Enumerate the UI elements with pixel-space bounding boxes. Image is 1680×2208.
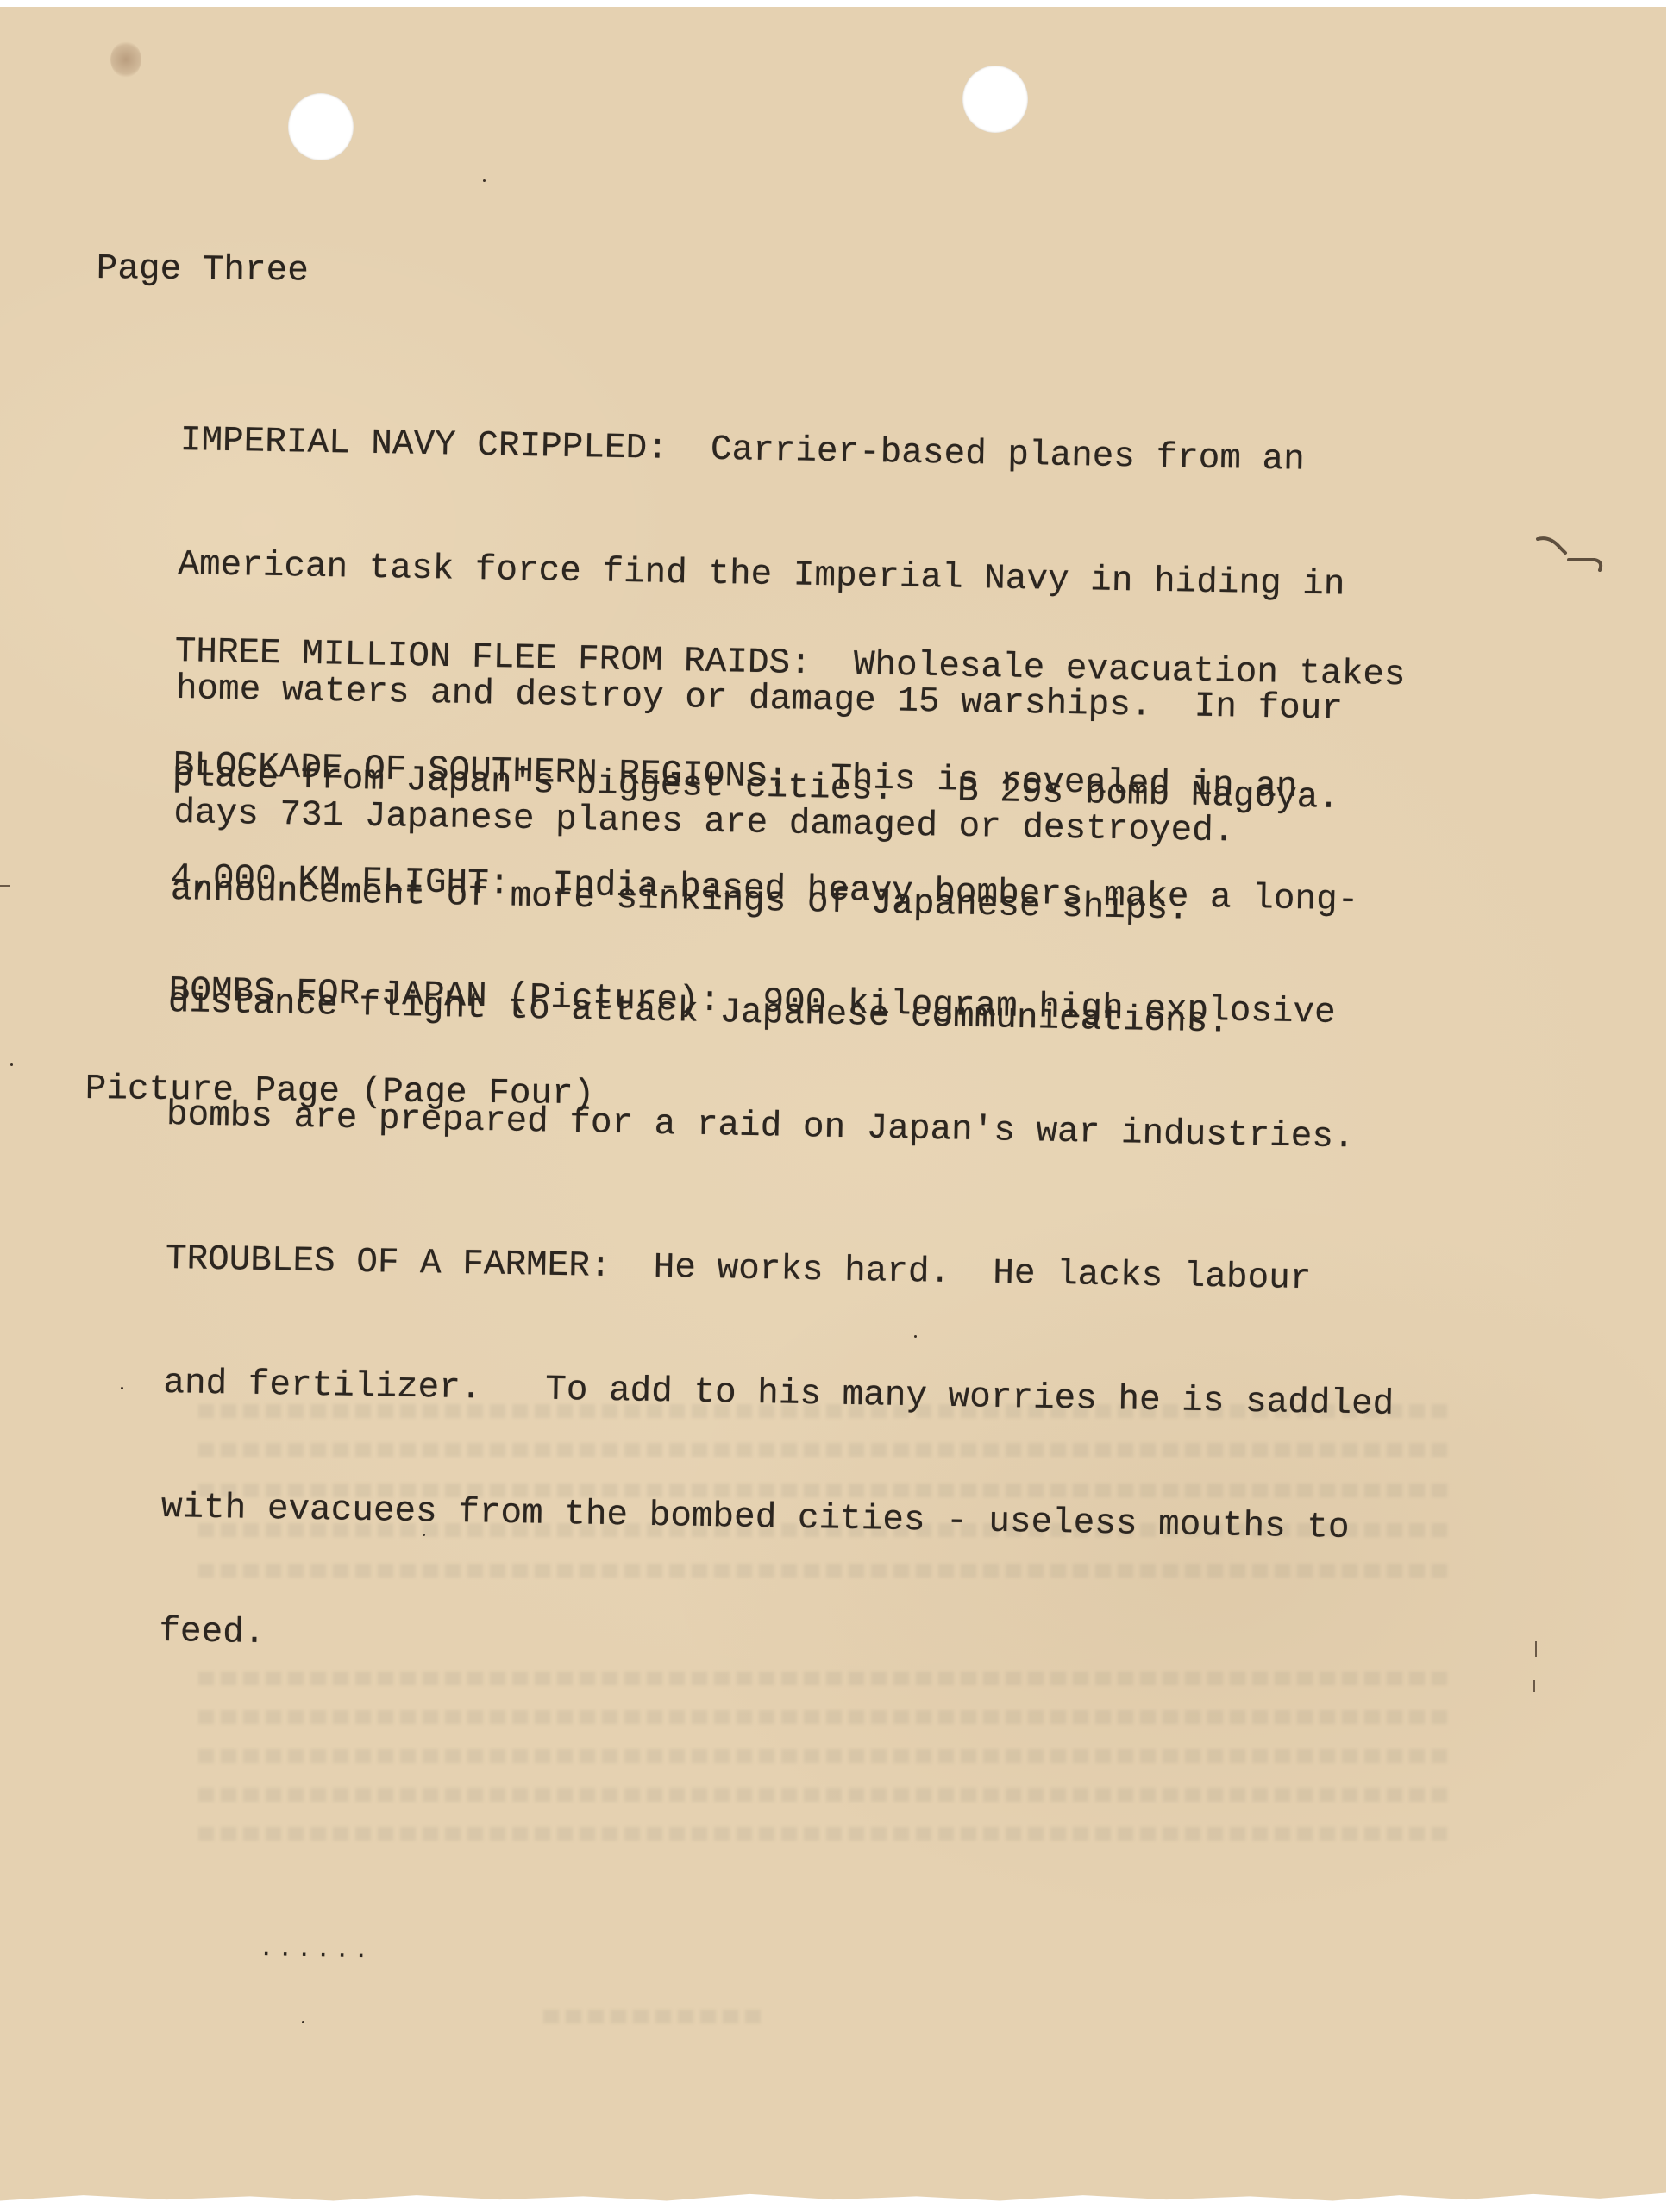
- bleed-through-text: [198, 1827, 1449, 1841]
- news-item-line: TROUBLES OF A FARMER: He works hard. He …: [165, 1239, 1396, 1302]
- news-item-bombs-for-japan: BOMBS FOR JAPAN (Picture): 900 kilogram …: [166, 888, 1359, 1200]
- bleed-through-text: [543, 2010, 768, 2023]
- page-heading: Page Three: [96, 248, 309, 292]
- news-item-line: IMPERIAL NAVY CRIPPLED: Carrier-based pl…: [179, 420, 1347, 482]
- news-item-troubles-of-a-farmer: TROUBLES OF A FARMER: He works hard. He …: [158, 1156, 1398, 1716]
- punch-hole-left: [288, 93, 354, 160]
- punch-hole-right: [962, 66, 1028, 133]
- bleed-through-text: [198, 1788, 1449, 1802]
- news-item-line: feed.: [159, 1611, 1390, 1674]
- edge-mark: [1533, 1680, 1535, 1692]
- speck: [10, 1063, 13, 1066]
- staple-mark-icon: [1531, 529, 1608, 572]
- end-mark: ......: [258, 1935, 373, 1966]
- news-item-line: with evacuees from the bombed cities - u…: [160, 1487, 1392, 1550]
- edge-mark: [1535, 1641, 1537, 1657]
- news-item-line: and fertilizer. To add to his many worri…: [163, 1363, 1395, 1426]
- section-heading: Picture Page (Page Four): [85, 1069, 594, 1115]
- bleed-through-text: [198, 1749, 1449, 1763]
- stain-mark: [110, 41, 141, 78]
- speck: [302, 2021, 304, 2023]
- speck: [121, 1387, 123, 1389]
- margin-mark: [0, 885, 10, 887]
- speck: [483, 179, 486, 182]
- news-item-line: BOMBS FOR JAPAN (Picture): 900 kilogram …: [168, 970, 1357, 1034]
